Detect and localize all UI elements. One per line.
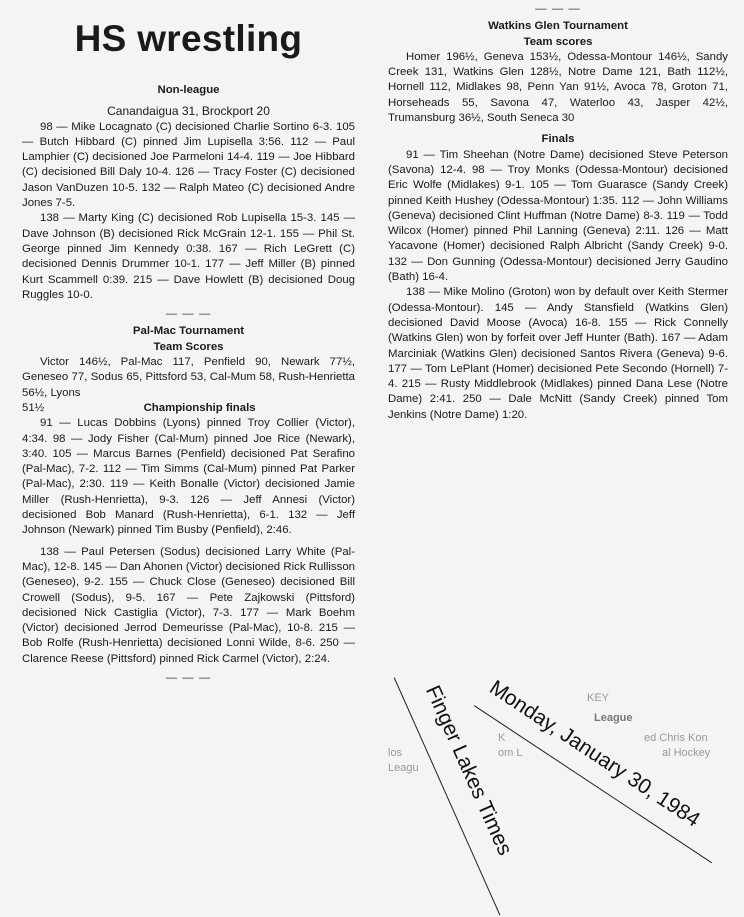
faded-fragment: KEY [587, 692, 609, 704]
match-results-paragraph: 91 — Lucas Dobbins (Lyons) pinned Troy C… [22, 416, 355, 538]
end-separator: — — — [22, 671, 355, 686]
headline: HS wrestling [22, 19, 355, 59]
section-separator: — — — [22, 307, 355, 322]
faded-fragment: los [388, 747, 402, 759]
team-scores-text: Homer 196½, Geneva 153½, Odessa-Montour … [388, 50, 728, 126]
faded-fragment: om L [498, 747, 522, 759]
left-column: HS wrestling Non-league Canandaigua 31, … [22, 0, 355, 688]
tournament-title: Pal-Mac Tournament [22, 324, 355, 339]
match-results-paragraph: 138 — Mike Molino (Groton) won by defaul… [388, 285, 728, 423]
championship-finals-heading: Championship finals [44, 401, 355, 416]
tournament-title: Watkins Glen Tournament [388, 19, 728, 34]
right-column: — — — Watkins Glen Tournament Team score… [388, 0, 728, 423]
top-separator: — — — [388, 2, 728, 17]
finals-heading: Finals [388, 132, 728, 147]
faded-fragment: al Hockey [662, 747, 710, 759]
match-results-paragraph: 98 — Mike Locagnato (C) decisioned Charl… [22, 120, 355, 212]
match-results-paragraph: 91 — Tim Sheehan (Notre Dame) decisioned… [388, 148, 728, 286]
match-results-paragraph: 138 — Marty King (C) decisioned Rob Lupi… [22, 211, 355, 303]
faded-fragment: ed Chris Kon [644, 732, 708, 744]
scores-and-finals-line: 51½ Championship finals [22, 401, 355, 416]
faded-fragment: Leagu [388, 762, 419, 774]
clipping-label-overlay: KEY League K ed Chris Kon los om L al Ho… [372, 650, 744, 917]
match-results-paragraph: 138 — Paul Petersen (Sodus) decisioned L… [22, 545, 355, 667]
last-team-score: 51½ [22, 401, 44, 416]
category-heading: Non-league [22, 83, 355, 98]
faded-fragment: K [498, 732, 505, 744]
team-scores-heading: Team Scores [22, 340, 355, 355]
team-scores-text: Victor 146½, Pal-Mac 117, Penfield 90, N… [22, 355, 355, 401]
team-scores-heading: Team scores [388, 35, 728, 50]
matchup-heading: Canandaigua 31, Brockport 20 [22, 104, 355, 119]
faded-fragment: League [594, 712, 633, 724]
